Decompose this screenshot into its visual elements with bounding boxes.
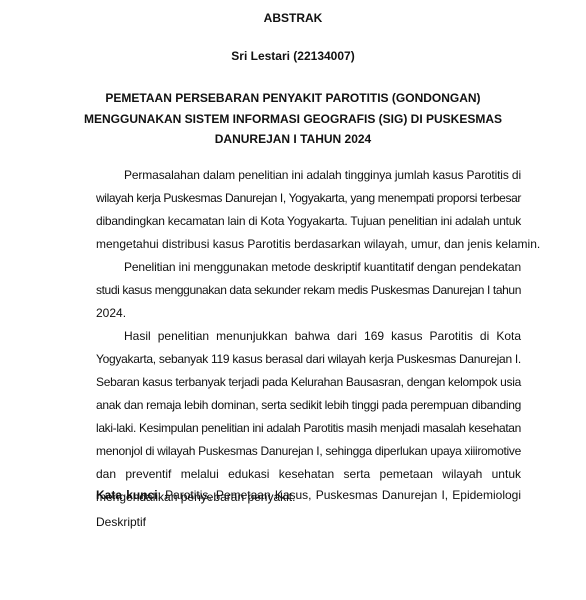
text-line: dibandingkan kecamatan lain di Kota Yogy… (96, 210, 521, 233)
text-line: anak dan remaja lebih dominan, serta sed… (96, 394, 521, 417)
text-line: Hasil penelitian menunjukkan bahwa dari … (96, 325, 521, 348)
keywords-list-continued: Deskriptif (96, 515, 146, 529)
paragraph-problem: Permasalahan dalam penelitian ini adalah… (96, 164, 521, 256)
keywords: Kata kunci: Parotitis, Pemetaan Kasus, P… (96, 482, 521, 536)
keywords-label: Kata kunci (96, 488, 158, 502)
text-line: wilayah kerja Puskesmas Danurejan I, Yog… (96, 187, 521, 210)
text-line: menonjol di wilayah Puskesmas Danurejan … (96, 440, 521, 463)
text-line: 2024. (96, 302, 521, 325)
title-line: PEMETAAN PERSEBARAN PENYAKIT PAROTITIS (… (0, 88, 586, 109)
document-title: PEMETAAN PERSEBARAN PENYAKIT PAROTITIS (… (0, 88, 586, 150)
text-line: studi kasus menggunakan data sekunder re… (96, 279, 521, 302)
keywords-line: Kata kunci: Parotitis, Pemetaan Kasus, P… (96, 482, 521, 509)
title-line: MENGGUNAKAN SISTEM INFORMASI GEOGRAFIS (… (0, 109, 586, 130)
text-line: Penelitian ini menggunakan metode deskri… (96, 256, 521, 279)
text-line: Yogyakarta, sebanyak 119 kasus berasal d… (96, 348, 521, 371)
abstract-heading: ABSTRAK (0, 11, 586, 25)
text-line: Sebaran kasus terbanyak terjadi pada Kel… (96, 371, 521, 394)
keywords-line: Deskriptif (96, 509, 521, 536)
author-name: Sri Lestari (22134007) (0, 49, 586, 63)
abstract-body: Permasalahan dalam penelitian ini adalah… (96, 164, 521, 509)
keywords-list: Parotitis, Pemetaan Kasus, Puskesmas Dan… (161, 488, 521, 502)
text-line: laki-laki. Kesimpulan penelitian ini ada… (96, 417, 521, 440)
text-line: Permasalahan dalam penelitian ini adalah… (96, 164, 521, 187)
text-line: mengetahui distribusi kasus Parotitis be… (96, 233, 521, 256)
paragraph-method: Penelitian ini menggunakan metode deskri… (96, 256, 521, 325)
title-line: DANUREJAN I TAHUN 2024 (0, 129, 586, 150)
